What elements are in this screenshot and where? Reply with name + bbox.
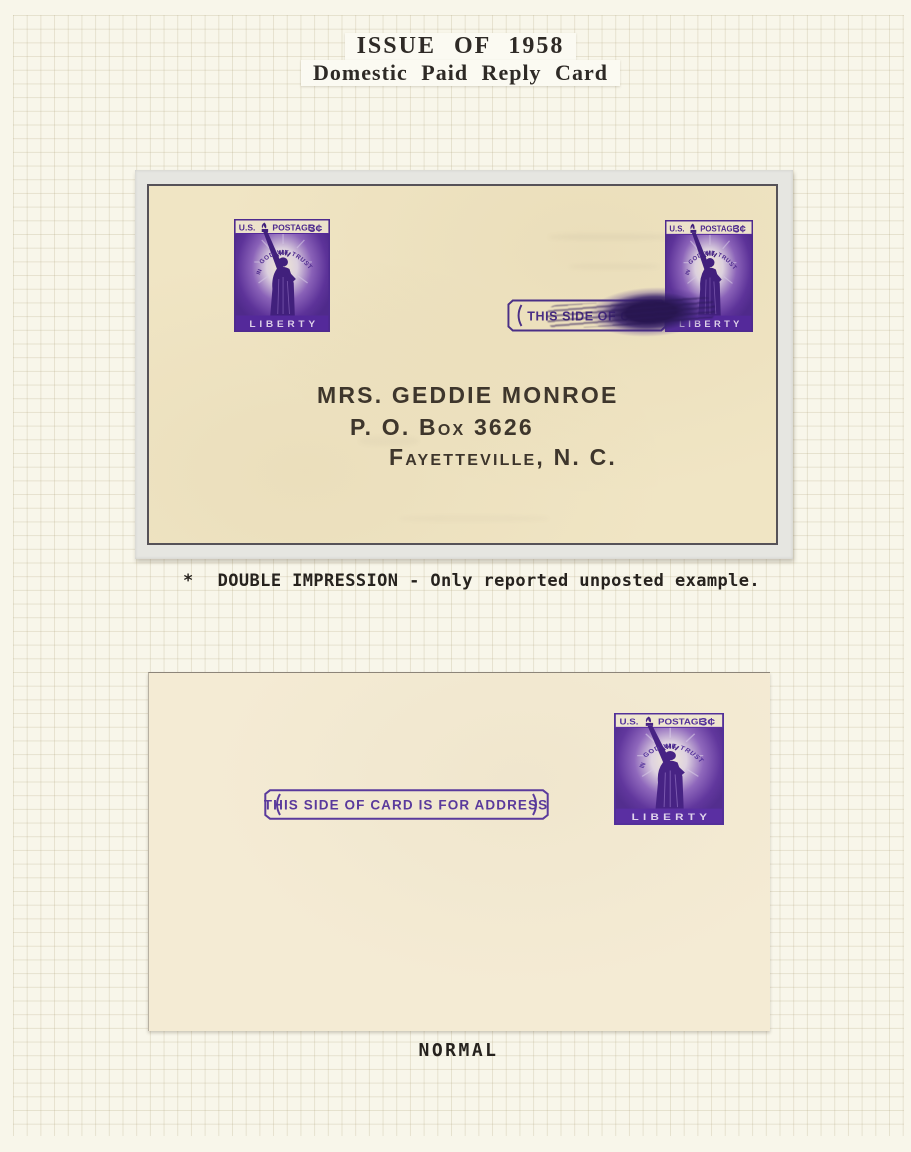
normal-label-wrap: NORMAL — [148, 1040, 769, 1061]
address-line-2: P. O. Box 3626 — [350, 414, 534, 441]
stamp-postage-text: POSTAGE — [658, 717, 705, 726]
album-page: ISSUE OF 1958 Domestic Paid Reply Card — [0, 0, 911, 1152]
postal-card-double-impression: U.S. POSTAGE 3¢ GOD WE TRUST IN LIBERTY — [149, 186, 776, 543]
caption-asterisk: * — [183, 571, 194, 591]
ghost-impression — [549, 234, 669, 240]
ghost-impression — [399, 516, 549, 521]
address-marking: THIS SIDE OF CARD IS FOR ADDRESS — [264, 789, 549, 820]
stamp-name-text: LIBERTY — [632, 812, 712, 823]
normal-label: NORMAL — [418, 1040, 498, 1061]
postal-card-normal: THIS SIDE OF CARD IS FOR ADDRESS — [148, 672, 770, 1031]
stamp-country-text: U.S. — [620, 717, 639, 726]
stamp-name-text: LIBERTY — [249, 319, 318, 330]
marking-text: THIS SIDE OF CARD IS FOR ADDRESS — [264, 798, 548, 813]
marking-left-bracket — [519, 305, 522, 326]
stamp-country-text: U.S. — [239, 224, 256, 233]
card-mount: U.S. POSTAGE 3¢ GOD WE TRUST IN LIBERTY — [135, 170, 793, 559]
stamp-country-text: U.S. — [669, 224, 684, 233]
stamp-denomination-text: 3¢ — [700, 715, 716, 728]
imprinted-stamp-normal: U.S. POSTAGE 3¢ GOD WE TRUST IN LIBERTY — [614, 713, 724, 825]
page-title: ISSUE OF 1958 — [345, 33, 577, 61]
address-line-1: MRS. GEDDIE MONROE — [317, 382, 619, 409]
caption-text: DOUBLE IMPRESSION - Only reported unpost… — [218, 571, 760, 591]
stamp-postage-text: POSTAGE — [700, 224, 738, 233]
ghost-impression — [569, 264, 659, 269]
stamp-denomination-text: 3¢ — [309, 221, 323, 235]
double-impression-caption: * DOUBLE IMPRESSION - Only reported unpo… — [183, 571, 760, 591]
page-header: ISSUE OF 1958 Domestic Paid Reply Card — [5, 33, 911, 86]
stamp-denomination-text: 3¢ — [733, 224, 746, 236]
page-subtitle: Domestic Paid Reply Card — [301, 60, 620, 86]
imprinted-stamp-left-impression: U.S. POSTAGE 3¢ GOD WE TRUST IN LIBERTY — [234, 219, 330, 332]
address-line-3: Fayetteville, N. C. — [389, 444, 617, 471]
ink-smear — [584, 283, 719, 342]
